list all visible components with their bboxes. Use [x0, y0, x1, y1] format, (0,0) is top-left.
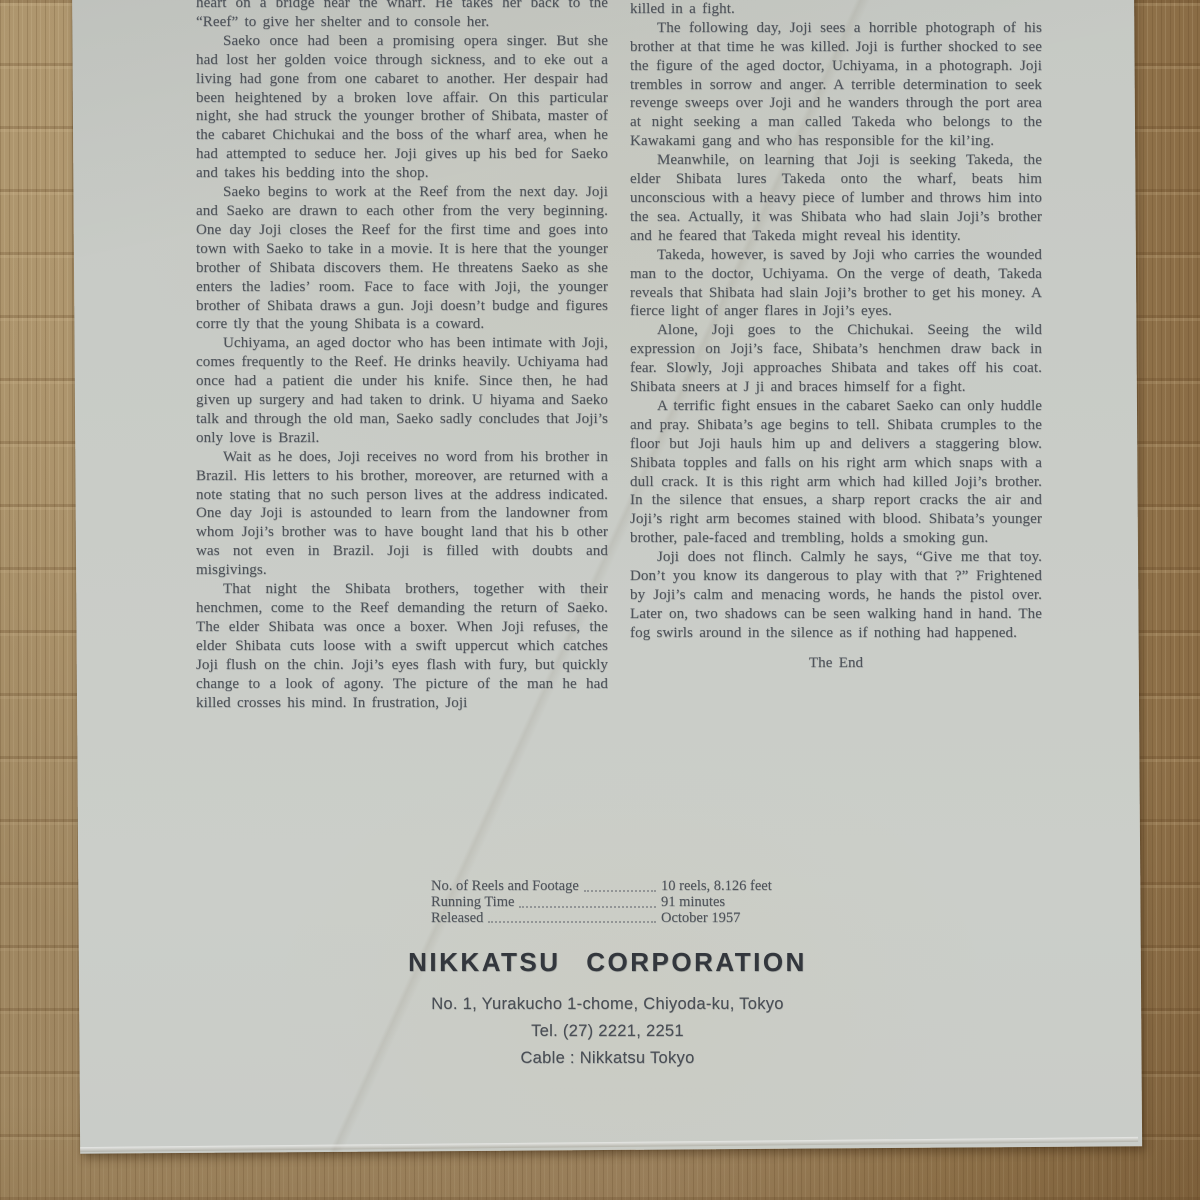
- company-telephone: Tel. (27) 2221, 2251: [180, 1018, 1035, 1045]
- info-value: October 1957: [661, 911, 809, 927]
- dotted-leader: [519, 905, 656, 908]
- company-address: No. 1, Yurakucho 1-chome, Chiyoda-ku, To…: [180, 991, 1035, 1018]
- synopsis-paragraph: Takeda, however, is saved by Joji who ca…: [630, 246, 1042, 322]
- synopsis-paragraph: A terrific fight ensues in the cabaret S…: [630, 397, 1042, 548]
- synopsis-paragraph: Saeko begins to work at the Reef from th…: [196, 183, 608, 334]
- info-label: Running Time: [431, 895, 514, 911]
- info-label: Released: [431, 911, 483, 927]
- info-value: 91 minutes: [661, 895, 809, 911]
- synopsis-paragraph: The following day, Joji sees a horrible …: [630, 19, 1042, 151]
- synopsis-paragraph: Uchiyama, an aged doctor who has been in…: [196, 334, 608, 447]
- dotted-leader: [488, 920, 656, 923]
- left-text-column: heart on a bridge near the wharf. He tak…: [196, 0, 608, 879]
- film-info-row: No. of Reels and Footage 10 reels, 8.126…: [431, 879, 809, 895]
- film-info-table: No. of Reels and Footage 10 reels, 8.126…: [431, 879, 809, 926]
- synopsis-paragraph: Saeko once had been a promising opera si…: [196, 32, 608, 183]
- the-end-label: The End: [630, 654, 1042, 673]
- synopsis-paragraph: received it from a man called Tetsu, but…: [630, 0, 1042, 19]
- company-name: NIKKATSU CORPORATION: [180, 947, 1035, 978]
- publisher-block: NIKKATSU CORPORATION No. 1, Yurakucho 1-…: [180, 947, 1035, 1072]
- synopsis-paragraph: Wait as he does, Joji receives no word f…: [196, 448, 608, 580]
- right-text-column: received it from a man called Tetsu, but…: [630, 0, 1042, 886]
- dotted-leader: [584, 889, 656, 892]
- film-info-row: Released October 1957: [431, 911, 809, 927]
- film-info-row: Running Time 91 minutes: [431, 895, 809, 911]
- synopsis-paragraph: Joji does not flinch. Calmly he says, “G…: [630, 548, 1042, 643]
- info-label: No. of Reels and Footage: [431, 879, 579, 895]
- synopsis-paragraph: That night the Shibata brothers, togethe…: [196, 580, 608, 712]
- info-value: 10 reels, 8.126 feet: [661, 879, 809, 895]
- synopsis-paragraph: Meanwhile, on learning that Joji is seek…: [630, 151, 1042, 246]
- printed-content: heart on a bridge near the wharf. He tak…: [0, 0, 1200, 1200]
- synopsis-paragraph: Alone, Joji goes to the Chichukai. Seein…: [630, 321, 1042, 397]
- synopsis-paragraph: heart on a bridge near the wharf. He tak…: [196, 0, 608, 32]
- company-cable: Cable : Nikkatsu Tokyo: [180, 1045, 1035, 1072]
